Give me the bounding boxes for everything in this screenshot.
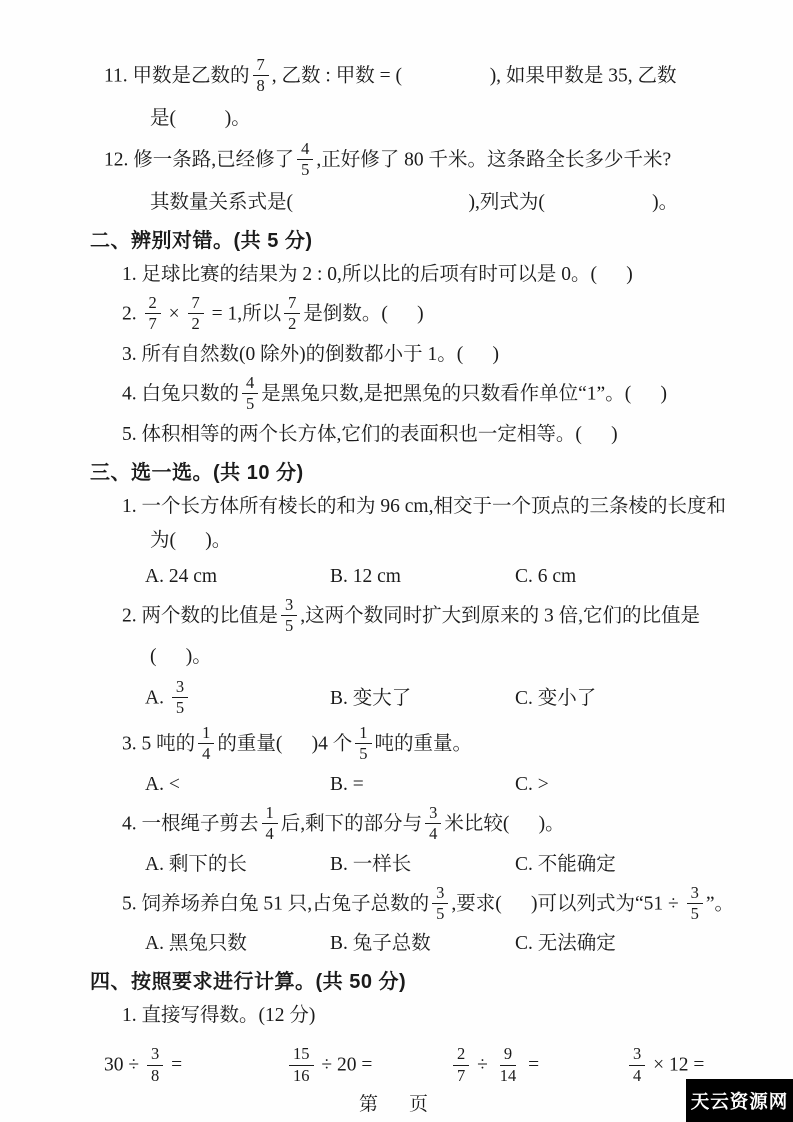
fraction: 35 [172,678,188,718]
fraction-numerator: 1 [355,724,371,744]
text-run: 吨的重量。 [375,733,473,754]
fraction: 14 [262,804,278,844]
fraction: 14 [198,724,214,764]
fraction-denominator: 4 [425,824,441,843]
option-3: C. 不能确定 [515,848,616,882]
tf-question-1: 1. 足球比赛的结果为 2 : 0,所以比的后项有时可以是 0。( ) [122,258,763,292]
text-run: C. 6 cm [515,566,576,587]
text-run: B. 变大了 [330,688,411,709]
question-11-line-1: 11. 甲数是乙数的78, 乙数 : 甲数 = ( ), 如果甲数是 35, 乙… [104,54,763,100]
fraction: 35 [687,884,703,924]
document-body: 11. 甲数是乙数的78, 乙数 : 甲数 = ( ), 如果甲数是 35, 乙… [90,54,763,1089]
fraction-denominator: 5 [172,698,188,717]
fraction-denominator: 7 [453,1066,469,1085]
text-run: 5. 体积相等的两个长方体,它们的表面积也一定相等。( ) [122,424,618,445]
fraction: 34 [629,1045,645,1085]
text-run: 三、选一选。(共 10 分) [90,462,304,484]
question-12-line-2: 其数量关系式是( ),列式为( )。 [150,186,763,220]
text-run: 3. 所有自然数(0 除外)的倒数都小于 1。( ) [122,344,499,365]
option-2: B. = [330,768,515,802]
fraction: 15 [355,724,371,764]
text-run: 二、辨别对错。(共 5 分) [90,230,313,252]
choice-question-5-options: A. 黑兔只数B. 兔子总数C. 无法确定 [145,927,763,961]
choice-question-1-line-2: 为( )。 [150,524,763,558]
fraction-denominator: 8 [253,76,269,95]
fraction-denominator: 4 [198,744,214,763]
fraction-numerator: 1 [198,724,214,744]
option-2: B. 一样长 [330,848,515,882]
fraction-numerator: 7 [253,56,269,76]
option-1: A. 24 cm [145,560,330,594]
text-run: A. 24 cm [145,566,217,587]
text-run: B. 兔子总数 [330,933,431,954]
text-run: ÷ 20 = [317,1055,373,1076]
fraction-denominator: 2 [188,314,204,333]
option-1: A. 35 [145,676,330,722]
text-run: 2. 两个数的比值是 [122,605,278,626]
calc-expression-2: 1516 ÷ 20 = [286,1043,450,1089]
option-2: B. 12 cm [330,560,515,594]
text-run: 1. 一个长方体所有棱长的和为 96 cm,相交于一个顶点的三条棱的长度和 [122,496,726,517]
page-footer: 第 页 [0,1089,793,1116]
text-run: 米比较( )。 [444,813,564,834]
fraction-numerator: 1 [262,804,278,824]
text-run: 30 ÷ [104,1055,144,1076]
text-run: A. < [145,774,180,795]
text-run: 4. 白兔只数的 [122,383,239,404]
text-run: ”。 [706,893,734,914]
text-run: 11. 甲数是乙数的 [104,65,250,86]
fraction: 34 [425,804,441,844]
fraction-numerator: 9 [500,1045,516,1065]
fraction-denominator: 8 [147,1066,163,1085]
fraction-numerator: 3 [147,1045,163,1065]
question-12-line-1: 12. 修一条路,已经修了45,正好修了 80 千米。这条路全长多少千米? [104,138,763,184]
option-3: C. 变小了 [515,682,596,716]
text-run: 为( )。 [150,530,231,551]
text-run: = [523,1055,539,1076]
fraction-numerator: 3 [425,804,441,824]
fraction-numerator: 7 [284,294,300,314]
text-run: 的重量( )4 个 [217,733,352,754]
text-run: B. = [330,774,364,795]
text-run: 是( )。 [150,108,251,129]
question-11-line-2: 是( )。 [150,102,763,136]
fraction-numerator: 3 [281,596,297,616]
option-1: A. 黑兔只数 [145,927,330,961]
fraction-numerator: 3 [432,884,448,904]
option-1: A. 剩下的长 [145,848,330,882]
fraction-denominator: 5 [281,616,297,635]
exam-page: 11. 甲数是乙数的78, 乙数 : 甲数 = ( ), 如果甲数是 35, 乙… [0,0,793,1122]
text-run: 2. [122,303,142,324]
text-run: 是倒数。( ) [303,303,423,324]
fraction-denominator: 2 [284,314,300,333]
choice-question-3-options: A. <B. =C. > [145,768,763,802]
fraction: 38 [147,1045,163,1085]
fraction: 72 [188,294,204,334]
fraction-numerator: 3 [629,1045,645,1065]
text-run: 1. 足球比赛的结果为 2 : 0,所以比的后项有时可以是 0。( ) [122,264,633,285]
choice-question-3-line-1: 3. 5 吨的14的重量( )4 个15吨的重量。 [122,722,763,768]
text-run: = 1,所以 [207,303,281,324]
fraction-numerator: 2 [453,1045,469,1065]
choice-question-4-options: A. 剩下的长B. 一样长C. 不能确定 [145,848,763,882]
fraction-denominator: 7 [145,314,161,333]
text-run: × [164,303,185,324]
text-run: B. 12 cm [330,566,401,587]
text-run: ÷ [472,1055,492,1076]
text-run: B. 一样长 [330,854,411,875]
tf-question-5: 5. 体积相等的两个长方体,它们的表面积也一定相等。( ) [122,418,763,452]
text-run: C. > [515,774,549,795]
text-run: 4. 一根绳子剪去 [122,813,259,834]
section-4-header: 四、按照要求进行计算。(共 50 分) [90,966,763,999]
text-run: 3. 5 吨的 [122,733,195,754]
fraction: 45 [297,140,313,180]
option-2: B. 变大了 [330,682,515,716]
tf-question-3: 3. 所有自然数(0 除外)的倒数都小于 1。( ) [122,338,763,372]
fraction: 72 [284,294,300,334]
fraction-denominator: 5 [242,394,258,413]
calc-expression-1: 30 ÷ 38 = [104,1043,286,1089]
text-run: 后,剩下的部分与 [281,813,422,834]
fraction-denominator: 5 [297,160,313,179]
fraction: 914 [496,1045,521,1085]
text-run: , 乙数 : 甲数 = ( ), 如果甲数是 35, 乙数 [272,65,677,86]
fraction-denominator: 5 [355,744,371,763]
calc-expression-3: 27 ÷ 914 = [450,1043,626,1089]
choice-question-4-line-1: 4. 一根绳子剪去14后,剩下的部分与34米比较( )。 [122,802,763,848]
fraction: 35 [281,596,297,636]
fraction-denominator: 16 [289,1066,314,1085]
fraction-denominator: 5 [687,904,703,923]
text-run: A. [145,687,169,708]
calc-row: 30 ÷ 38 =1516 ÷ 20 =27 ÷ 914 =34 × 12 = [104,1043,763,1089]
section-2-header: 二、辨别对错。(共 5 分) [90,225,763,258]
choice-question-2-options: A. 35B. 变大了C. 变小了 [145,676,763,722]
text-run: 是黑兔只数,是把黑兔的只数看作单位“1”。( ) [261,383,667,404]
text-run: A. 剩下的长 [145,854,247,875]
fraction-numerator: 4 [297,140,313,160]
fraction-numerator: 3 [687,884,703,904]
fraction-denominator: 4 [262,824,278,843]
text-run: 1. 直接写得数。(12 分) [122,1005,315,1026]
section-3-header: 三、选一选。(共 10 分) [90,457,763,490]
fraction-denominator: 5 [432,904,448,923]
text-run: ( )。 [150,646,212,667]
text-run: 5. 饲养场养白兔 51 只,占兔子总数的 [122,893,429,914]
text-run: ,要求( )可以列式为“51 ÷ [451,893,683,914]
choice-question-1-line-1: 1. 一个长方体所有棱长的和为 96 cm,相交于一个顶点的三条棱的长度和 [122,490,763,524]
text-run: C. 不能确定 [515,854,616,875]
tf-question-2: 2. 27 × 72 = 1,所以72是倒数。( ) [122,292,763,338]
calc-instruction: 1. 直接写得数。(12 分) [122,999,763,1033]
text-run: A. 黑兔只数 [145,933,247,954]
fraction-denominator: 4 [629,1066,645,1085]
tf-question-4: 4. 白兔只数的45是黑兔只数,是把黑兔的只数看作单位“1”。( ) [122,372,763,418]
text-run: C. 无法确定 [515,933,616,954]
fraction-denominator: 14 [496,1066,521,1085]
fraction-numerator: 7 [188,294,204,314]
text-run: ,这两个数同时扩大到原来的 3 倍,它们的比值是 [300,605,700,626]
choice-question-5-line-1: 5. 饲养场养白兔 51 只,占兔子总数的35,要求( )可以列式为“51 ÷ … [122,882,763,928]
text-run: = [166,1055,182,1076]
option-3: C. 6 cm [515,560,576,594]
text-run: ,正好修了 80 千米。这条路全长多少千米? [316,149,671,170]
fraction: 78 [253,56,269,96]
text-run: 12. 修一条路,已经修了 [104,149,294,170]
fraction: 27 [145,294,161,334]
choice-question-2-line-2: ( )。 [150,640,763,674]
fraction: 1516 [289,1045,314,1085]
fraction-numerator: 15 [289,1045,314,1065]
text-run: × 12 = [648,1055,704,1076]
watermark-badge: 天云资源网 [686,1079,793,1122]
fraction-numerator: 3 [172,678,188,698]
fraction: 27 [453,1045,469,1085]
watermark-text: 天云资源网 [691,1088,789,1114]
choice-question-2-line-1: 2. 两个数的比值是35,这两个数同时扩大到原来的 3 倍,它们的比值是 [122,594,763,640]
option-3: C. 无法确定 [515,927,616,961]
fraction: 35 [432,884,448,924]
choice-question-1-options: A. 24 cmB. 12 cmC. 6 cm [145,560,763,594]
fraction-numerator: 2 [145,294,161,314]
page-number-label: 第 页 [359,1094,434,1115]
option-1: A. < [145,768,330,802]
fraction: 45 [242,374,258,414]
text-run: 四、按照要求进行计算。(共 50 分) [90,971,406,993]
option-3: C. > [515,768,549,802]
fraction-numerator: 4 [242,374,258,394]
text-run: 其数量关系式是( ),列式为( )。 [150,192,678,213]
text-run: C. 变小了 [515,688,596,709]
option-2: B. 兔子总数 [330,927,515,961]
